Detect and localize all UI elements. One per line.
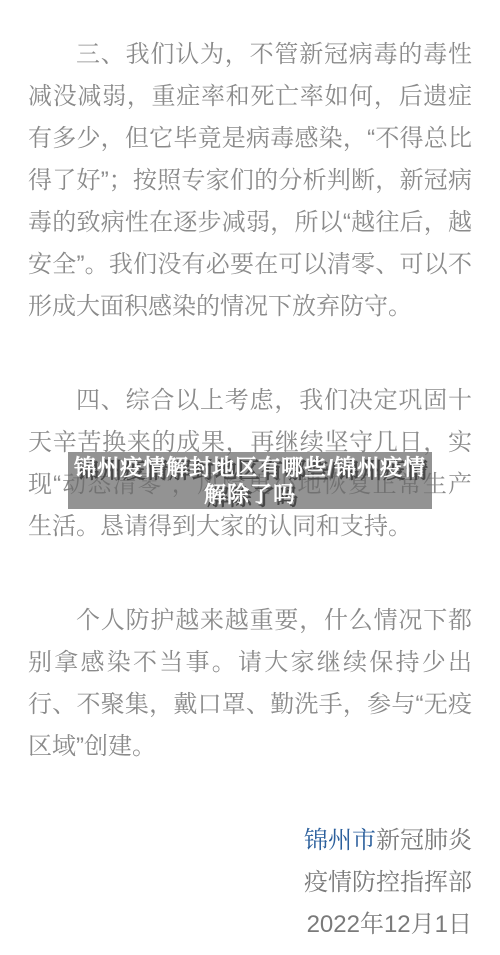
- paragraph-line: 得了好”；按照专家们的分析判断，新冠病: [28, 160, 472, 202]
- paragraph-line: 生活。恳请得到大家的认同和支持。: [28, 506, 472, 548]
- paragraph-line: 四、综合以上考虑，我们决定巩固十: [28, 380, 472, 422]
- watermark-title-line: 锦州疫情解封地区有哪些/锦州疫情: [68, 454, 432, 481]
- paragraph-line: 行、不聚集，戴口罩、勤洗手，参与“无疫: [28, 684, 472, 726]
- paragraph-line: 有多少，但它毕竟是病毒感染，“不得总比: [28, 118, 472, 160]
- paragraph-line: 区域”创建。: [28, 726, 472, 768]
- title-watermark-overlay: 锦州疫情解封地区有哪些/锦州疫情 解除了吗: [68, 452, 432, 509]
- paragraph-line: 减没减弱，重症率和死亡率如何，后遗症: [28, 76, 472, 118]
- signature-org-line1: 锦州市新冠肺炎: [28, 820, 472, 862]
- signature-org-line1-rest: 新冠肺炎: [376, 827, 472, 854]
- watermark-title-line: 解除了吗: [68, 481, 432, 508]
- jinzhou-city-link[interactable]: 锦州市: [304, 827, 376, 854]
- paragraph-line: 形成大面积感染的情况下放弃防守。: [28, 286, 472, 328]
- paragraph-line: 毒的致病性在逐步减弱，所以“越往后，越: [28, 202, 472, 244]
- signature-org-line2: 疫情防控指挥部: [28, 862, 472, 904]
- paragraph-line: 别拿感染不当事。请大家继续保持少出: [28, 642, 472, 684]
- paragraph-3-viewpoint: 三、我们认为，不管新冠病毒的毒性 减没减弱，重症率和死亡率如何，后遗症 有多少，…: [28, 34, 472, 328]
- signature-block: 锦州市新冠肺炎 疫情防控指挥部 2022年12月1日: [28, 820, 472, 946]
- paragraph-personal-protection: 个人防护越来越重要，什么情况下都 别拿感染不当事。请大家继续保持少出 行、不聚集…: [28, 600, 472, 768]
- paragraph-line: 个人防护越来越重要，什么情况下都: [28, 600, 472, 642]
- signature-date: 2022年12月1日: [28, 904, 472, 946]
- paragraph-line: 三、我们认为，不管新冠病毒的毒性: [28, 34, 472, 76]
- paragraph-line: 安全”。我们没有必要在可以清零、可以不: [28, 244, 472, 286]
